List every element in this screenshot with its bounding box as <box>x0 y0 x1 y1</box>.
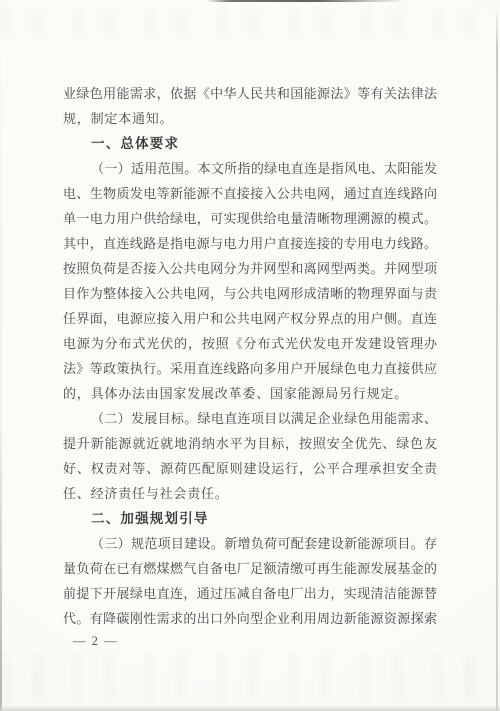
body-line: 业绿色用能需求，依据《中华人民共和国能源法》等有关法律法 <box>63 81 437 106</box>
body-line: （三）规范项目建设。新增负荷可配套建设新能源项目。存 <box>63 531 437 556</box>
body-line: 提升新能源就近就地消纳水平为目标，按照安全优先、绿色友 <box>63 431 437 456</box>
body-line: 任、经济责任与社会责任。 <box>63 481 437 506</box>
body-line: 单一电力用户供给绿电，可实现供给电量清晰物理溯源的模式。 <box>63 206 437 231</box>
scan-artifact-top-edge <box>206 0 406 2</box>
section-heading: 一、总体要求 <box>63 131 437 156</box>
scan-bleedthrough-smudge-bottom <box>0 652 500 702</box>
body-line: 量负荷在已有燃煤燃气自备电厂足额清缴可再生能源发展基金的 <box>63 556 437 581</box>
body-line: （二）发展目标。绿电直连项目以满足企业绿色用能需求、 <box>63 406 437 431</box>
body-line: 法》等政策执行。采用直连线路向多用户开展绿色电力直接供应 <box>63 356 437 381</box>
body-line: 电源为分布式光伏的，按照《分布式光伏发电开发建设管理办 <box>63 331 437 356</box>
body-line: 电、生物质发电等新能源不直接接入公共电网，通过直连线路向 <box>63 181 437 206</box>
scan-artifact-right-edge <box>496 6 498 711</box>
body-line: 其中，直连线路是指电源与电力用户直接连接的专用电力线路。 <box>63 231 437 256</box>
body-line: 任界面，电源应接入用户和公共电网产权分界点的用户侧。直连 <box>63 306 437 331</box>
page-number: — 2 — <box>73 634 118 648</box>
scan-artifact-bottom-edge <box>0 705 500 711</box>
body-line: 前提下开展绿电直连，通过压减自备电厂出力，实现清洁能源替 <box>63 581 437 606</box>
scanned-document-page: 业绿色用能需求，依据《中华人民共和国能源法》等有关法律法 规，制定本通知。 一、… <box>0 0 500 711</box>
body-line: 目作为整体接入公共电网，与公共电网形成清晰的物理界面与责 <box>63 281 437 306</box>
body-line: （一）适用范围。本文所指的绿电直连是指风电、太阳能发 <box>63 156 437 181</box>
scan-artifact-left-edge <box>0 0 2 711</box>
body-line: 好、权责对等、源荷匹配原则建设运行，公平合理承担安全责 <box>63 456 437 481</box>
section-heading: 二、加强规划引导 <box>63 506 437 531</box>
scan-bleedthrough-smudge-top <box>0 8 500 34</box>
body-line: 代。有降碳刚性需求的出口外向型企业利用周边新能源资源探索 <box>63 606 437 631</box>
body-line: 规，制定本通知。 <box>63 106 437 131</box>
body-line: 的，具体办法由国家发展改革委、国家能源局另行规定。 <box>63 381 437 406</box>
body-line: 按照负荷是否接入公共电网分为并网型和离网型两类。并网型项 <box>63 256 437 281</box>
document-body: 业绿色用能需求，依据《中华人民共和国能源法》等有关法律法 规，制定本通知。 一、… <box>63 81 437 631</box>
